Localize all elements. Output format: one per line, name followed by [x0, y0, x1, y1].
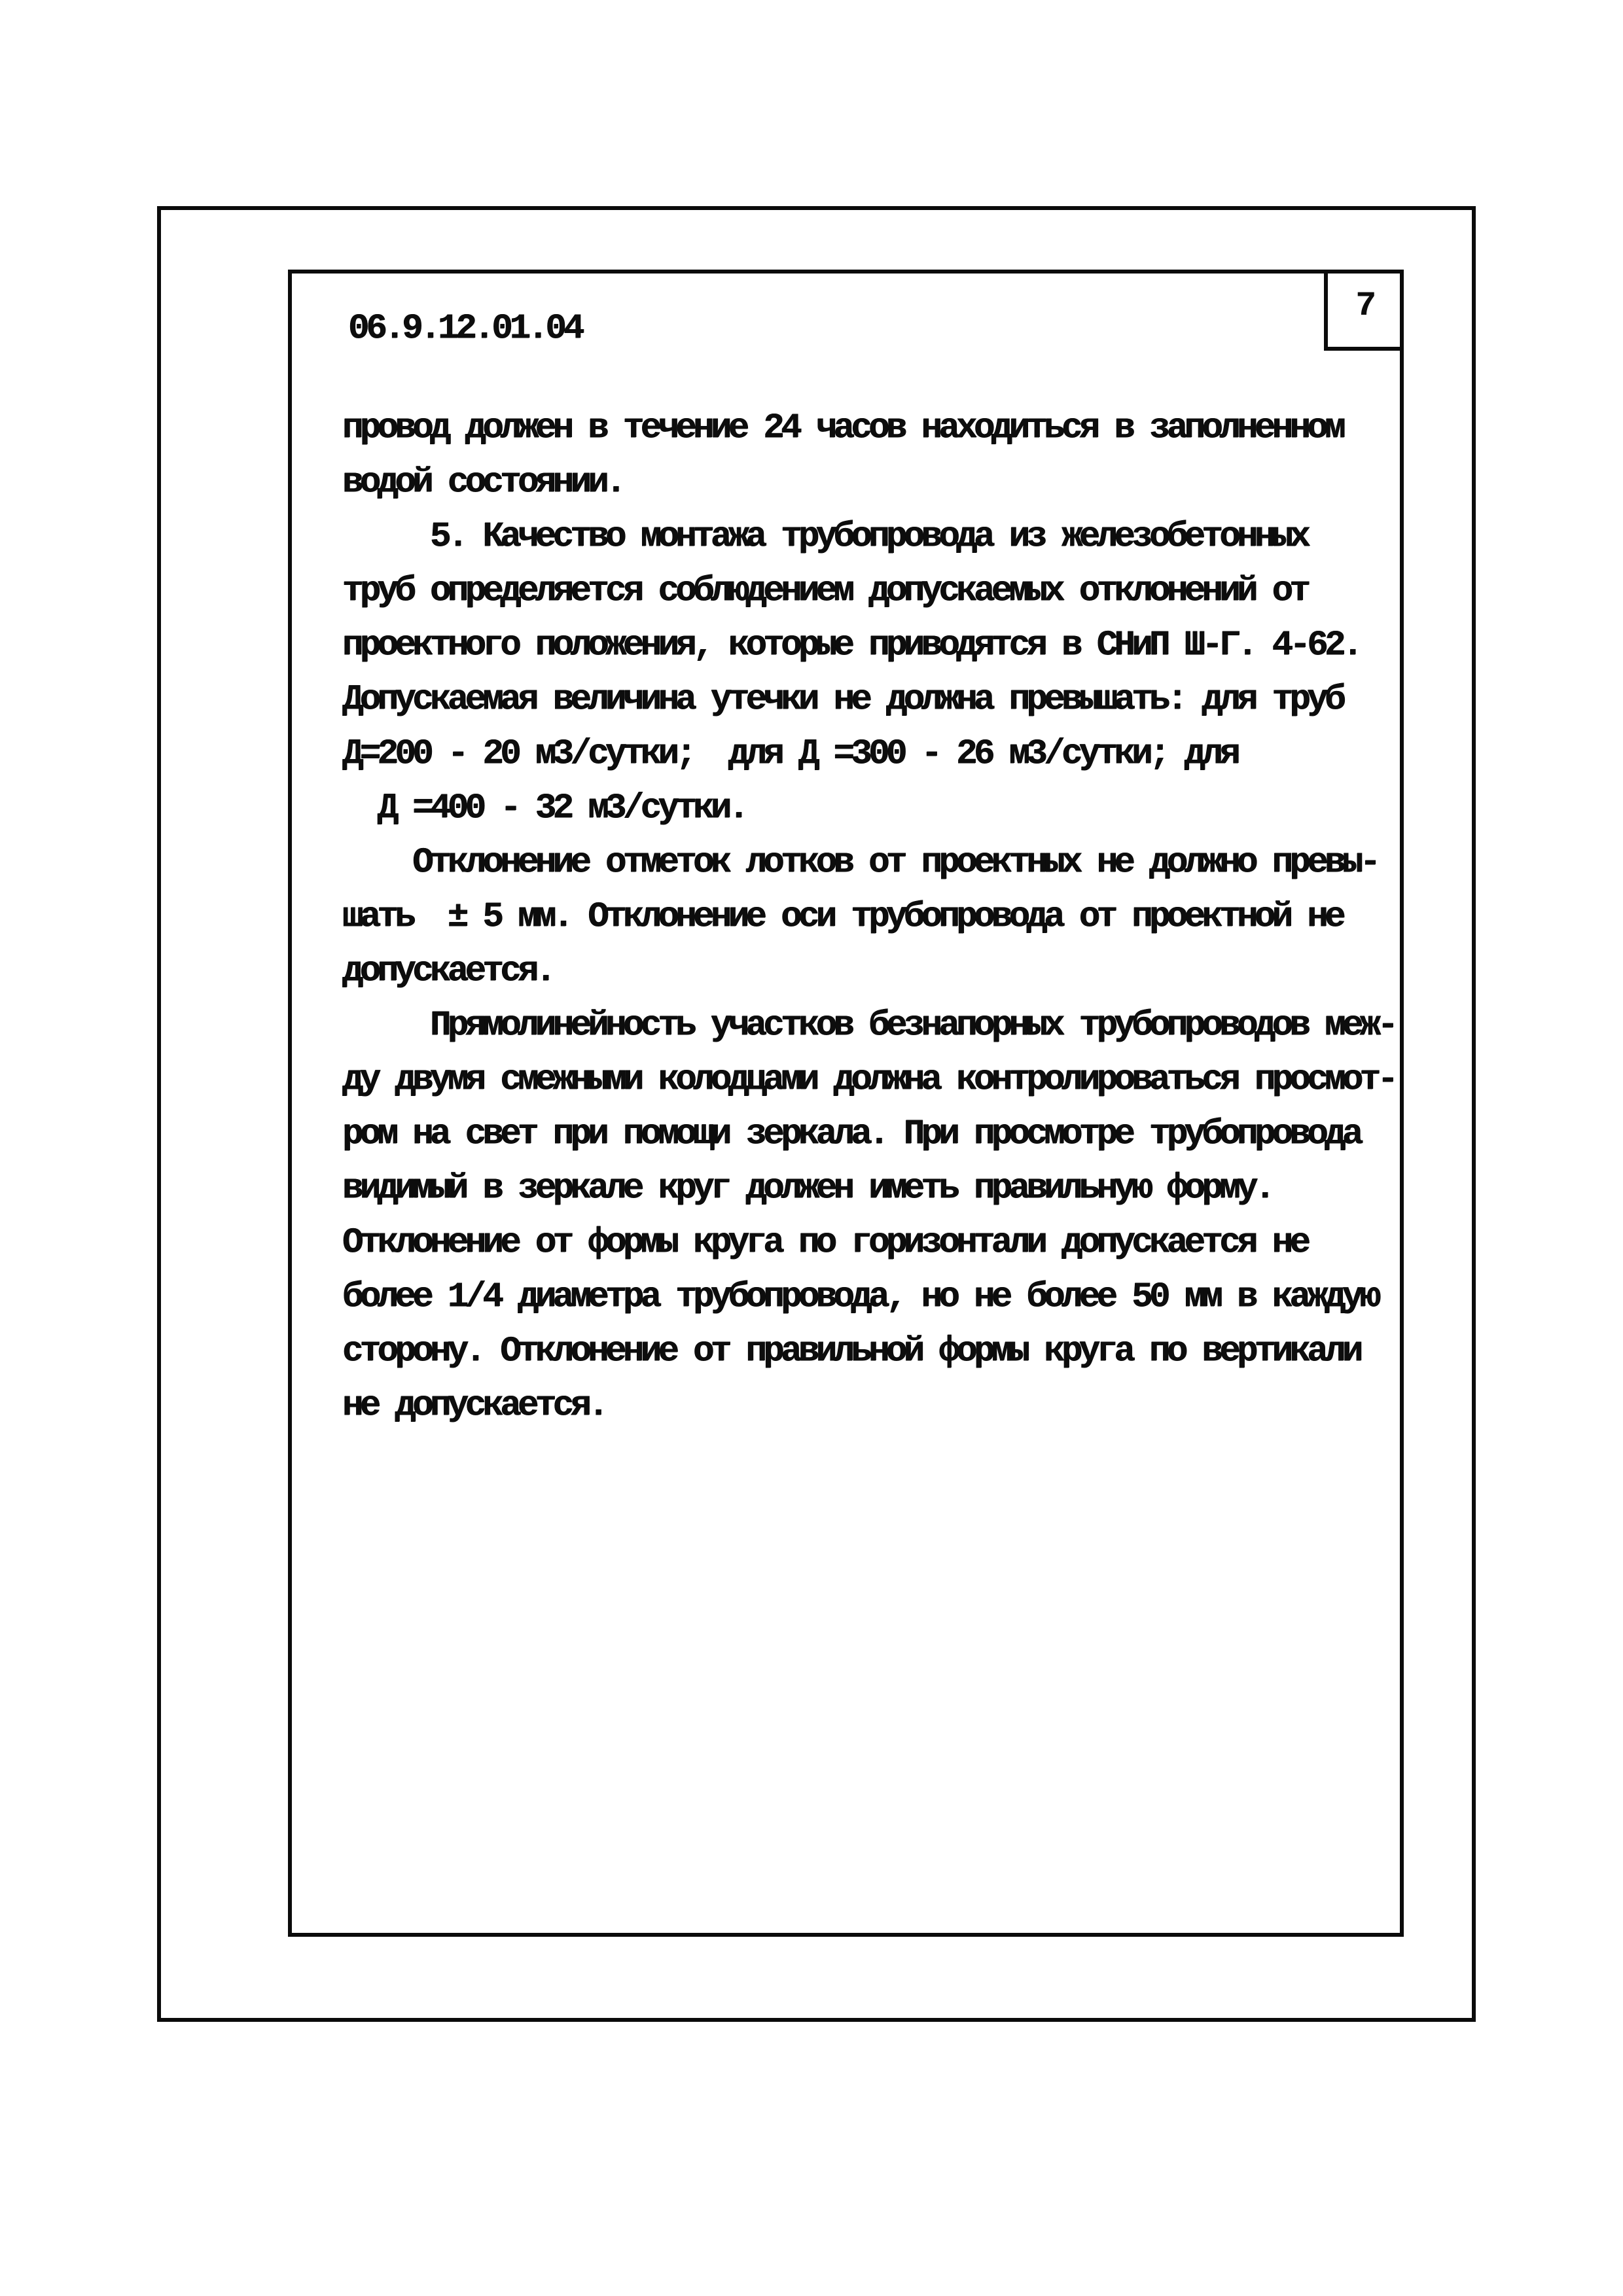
document-body: провод должен в течение 24 часов находит…	[342, 401, 1416, 1433]
document-code: 06.9.12.01.04	[348, 302, 581, 356]
text-line: допускается.	[342, 944, 1416, 998]
text-line: Прямолинейность участков безнапорных тру…	[342, 998, 1416, 1053]
page-number: 7	[1328, 288, 1404, 325]
text-line: не допускается.	[342, 1379, 1416, 1433]
text-line: 5. Качество монтажа трубопровода из желе…	[342, 510, 1416, 564]
text-line: провод должен в течение 24 часов находит…	[342, 401, 1416, 455]
scanned-document-page: 06.9.12.01.04 7 провод должен в течение …	[0, 0, 1623, 2296]
text-line: видимый в зеркале круг должен иметь прав…	[342, 1161, 1416, 1216]
text-line: Отклонение от формы круга по горизонтали…	[342, 1216, 1416, 1270]
text-line: водой состоянии.	[342, 455, 1416, 510]
text-line: Допускаемая величина утечки не должна пр…	[342, 673, 1416, 727]
text-line: Отклонение отметок лотков от проектных н…	[342, 836, 1416, 890]
text-line: Д=200 - 20 м3/сутки; для Д =300 - 26 м3/…	[342, 727, 1416, 781]
text-line: Д =400 - 32 м3/сутки.	[342, 781, 1416, 836]
text-line: ром на свет при помощи зеркала. При прос…	[342, 1107, 1416, 1161]
page-number-box: 7	[1324, 270, 1404, 351]
text-line: сторону. Отклонение от правильной формы …	[342, 1324, 1416, 1379]
text-line: труб определяется соблюдением допускаемы…	[342, 564, 1416, 618]
text-line: проектного положения, которые приводятся…	[342, 618, 1416, 673]
text-line: более 1/4 диаметра трубопровода, но не б…	[342, 1270, 1416, 1324]
text-line: шать ± 5 мм. Отклонение оси трубопровода…	[342, 890, 1416, 944]
text-line: ду двумя смежными колодцами должна контр…	[342, 1053, 1416, 1107]
